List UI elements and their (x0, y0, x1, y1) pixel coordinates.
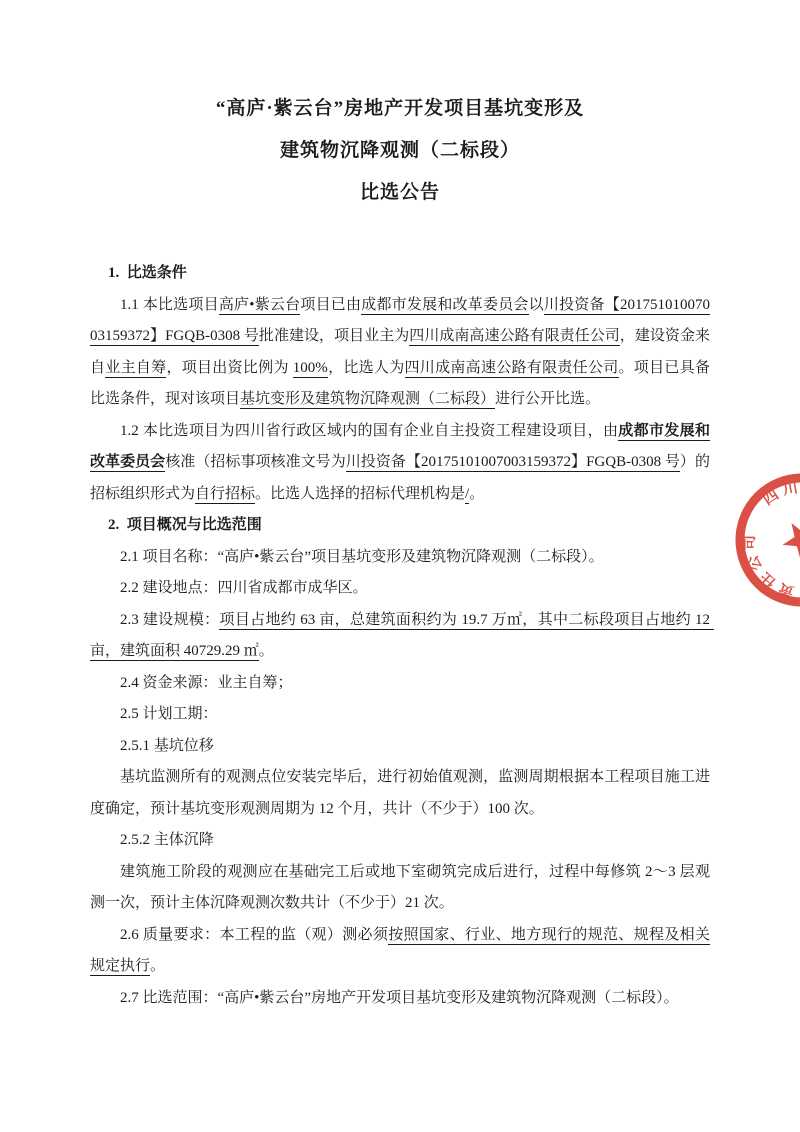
text-segment: 四川成南高速公路有限责任公司 (409, 328, 620, 346)
text-segment: 。 (259, 643, 274, 659)
text-segment: 1. 比选条件 (108, 265, 187, 281)
paragraph: 2.5.2 主体沉降 (90, 825, 710, 857)
section-heading: 2. 项目概况与比选范围 (108, 510, 710, 542)
paragraph: 2.1 项目名称：“高庐•紫云台”项目基坑变形及建筑物沉降观测（二标段）。 (90, 542, 710, 574)
text-segment: 2.1 项目名称：“高庐•紫云台”项目基坑变形及建筑物沉降观测（二标段）。 (120, 549, 604, 565)
paragraph: 2.3 建设规模：项目占地约 63 亩，总建筑面积约为 19.7 万㎡，其中二标… (90, 605, 710, 668)
paragraph: 2.6 质量要求：本工程的监（观）测必须按照国家、行业、地方现行的规范、规程及相… (90, 920, 710, 983)
section-heading: 1. 比选条件 (108, 258, 710, 290)
text-segment: ，比选人为 (328, 360, 405, 376)
text-segment: 2.5.1 基坑位移 (120, 738, 214, 754)
text-segment: 项目已由 (300, 297, 361, 313)
text-segment: 2.2 建设地点：四川省成都市成华区。 (120, 580, 368, 596)
text-segment: 2.4 资金来源：业主自筹； (120, 675, 293, 691)
text-segment: 2.6 质量要求：本工程的监（观）测必须 (120, 927, 388, 943)
title-line-3: 比选公告 (90, 172, 710, 214)
document-title: “高庐·紫云台”房地产开发项目基坑变形及 建筑物沉降观测（二标段） 比选公告 (90, 88, 710, 214)
text-segment: ，项目出资比例为 (166, 360, 292, 376)
text-segment: 四川成南高速公路有限责任公司 (405, 360, 619, 378)
text-segment: 100% (293, 360, 328, 378)
paragraph: 1.2 本比选项目为四川省行政区域内的国有企业自主投资工程建设项目，由成都市发展… (90, 416, 710, 511)
text-segment: 1.2 本比选项目为四川省行政区域内的国有企业自主投资工程建设项目，由 (120, 423, 618, 439)
paragraph: 2.7 比选范围：“高庐•紫云台”房地产开发项目基坑变形及建筑物沉降观测（二标段… (90, 983, 710, 1015)
announcement-page: “高庐·紫云台”房地产开发项目基坑变形及 建筑物沉降观测（二标段） 比选公告 1… (0, 0, 800, 1132)
title-line-1: “高庐·紫云台”房地产开发项目基坑变形及 (90, 88, 710, 130)
text-segment: 自行招标 (195, 486, 255, 504)
text-segment: 。 (469, 486, 484, 502)
text-segment: 成都市发展和改革委员会 (361, 297, 528, 315)
text-segment: 2.3 建设规模： (120, 612, 219, 628)
text-segment: 建筑施工阶段的观测应在基础完工后或地下室砌筑完成后进行，过程中每修筑 2～3 层… (90, 864, 710, 912)
paragraph: 2.5.1 基坑位移 (90, 731, 710, 763)
text-segment: 核准（招标事项核准文号为 (165, 454, 346, 470)
paragraph: 1.1 本比选项目高庐•紫云台项目已由成都市发展和改革委员会以川投资备【2017… (90, 290, 710, 416)
paragraph: 基坑监测所有的观测点位安装完毕后，进行初始值观测，监测周期根据本工程项目施工进度… (90, 762, 710, 825)
text-segment: 2. 项目概况与比选范围 (108, 517, 262, 533)
text-segment: 高庐•紫云台 (219, 297, 301, 315)
text-segment: 批准建设，项目业主为 (259, 328, 409, 344)
text-segment: 以 (529, 297, 544, 313)
document-body: 1. 比选条件1.1 本比选项目高庐•紫云台项目已由成都市发展和改革委员会以川投… (90, 258, 710, 1014)
text-segment: 川投资备【20175101007003159372】FGQB-0308 号 (346, 454, 680, 472)
text-segment: 进行公开比选。 (495, 391, 600, 407)
text-segment: 业主自筹 (105, 360, 166, 378)
paragraph: 2.4 资金来源：业主自筹； (90, 668, 710, 700)
text-segment: 。比选人选择的招标代理机构是 (255, 486, 465, 502)
paragraph: 建筑施工阶段的观测应在基础完工后或地下室砌筑完成后进行，过程中每修筑 2～3 层… (90, 857, 710, 920)
title-line-2: 建筑物沉降观测（二标段） (90, 130, 710, 172)
paragraph: 2.5 计划工期： (90, 699, 710, 731)
text-segment: 2.5 计划工期： (120, 706, 218, 722)
text-segment: 。 (150, 958, 165, 974)
text-segment: 2.7 比选范围：“高庐•紫云台”房地产开发项目基坑变形及建筑物沉降观测（二标段… (120, 990, 679, 1006)
page-content: “高庐·紫云台”房地产开发项目基坑变形及 建筑物沉降观测（二标段） 比选公告 1… (0, 0, 800, 1014)
paragraph: 2.2 建设地点：四川省成都市成华区。 (90, 573, 710, 605)
text-segment: 基坑变形及建筑物沉降观测（二标段） (240, 391, 495, 409)
text-segment: 2.5.2 主体沉降 (120, 832, 214, 848)
text-segment: 基坑监测所有的观测点位安装完毕后，进行初始值观测，监测周期根据本工程项目施工进度… (90, 769, 710, 817)
text-segment: 1.1 本比选项目 (120, 297, 219, 313)
